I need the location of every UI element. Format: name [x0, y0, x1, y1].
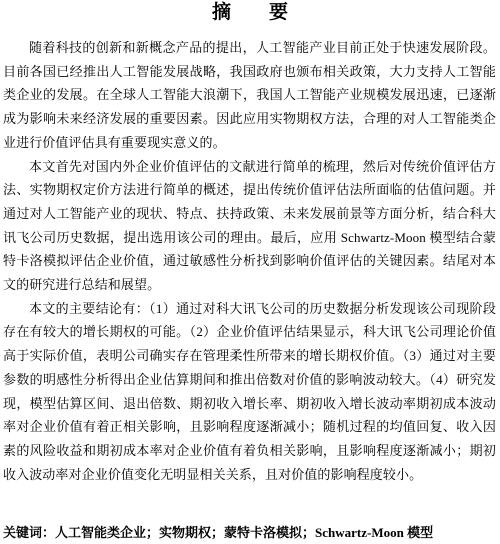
keywords-line: 关键词：人工智能类企业；实物期权；蒙特卡洛模拟；Schwartz-Moon 模型 — [3, 522, 496, 544]
paragraph-3: 本文的主要结论有：（1）通过对科大讯飞公司的历史数据分析发现该公司现阶段存在有较… — [3, 297, 496, 487]
abstract-body: 随着科技的创新和新概念产品的提出，人工智能产业目前正处于快速发展阶段。目前各国已… — [3, 36, 496, 486]
keywords-label: 关键词： — [3, 525, 55, 540]
paragraph-1: 随着科技的创新和新概念产品的提出，人工智能产业目前正处于快速发展阶段。目前各国已… — [3, 36, 496, 155]
page-title: 摘 要 — [0, 0, 500, 25]
paragraph-2: 本文首先对国内外企业价值评估的文献进行简单的梳理，然后对传统价值评估方法、实物期… — [3, 155, 496, 297]
keywords-text: 人工智能类企业；实物期权；蒙特卡洛模拟；Schwartz-Moon 模型 — [55, 525, 433, 540]
abstract-page: 摘 要 随着科技的创新和新概念产品的提出，人工智能产业目前正处于快速发展阶段。目… — [0, 0, 500, 544]
